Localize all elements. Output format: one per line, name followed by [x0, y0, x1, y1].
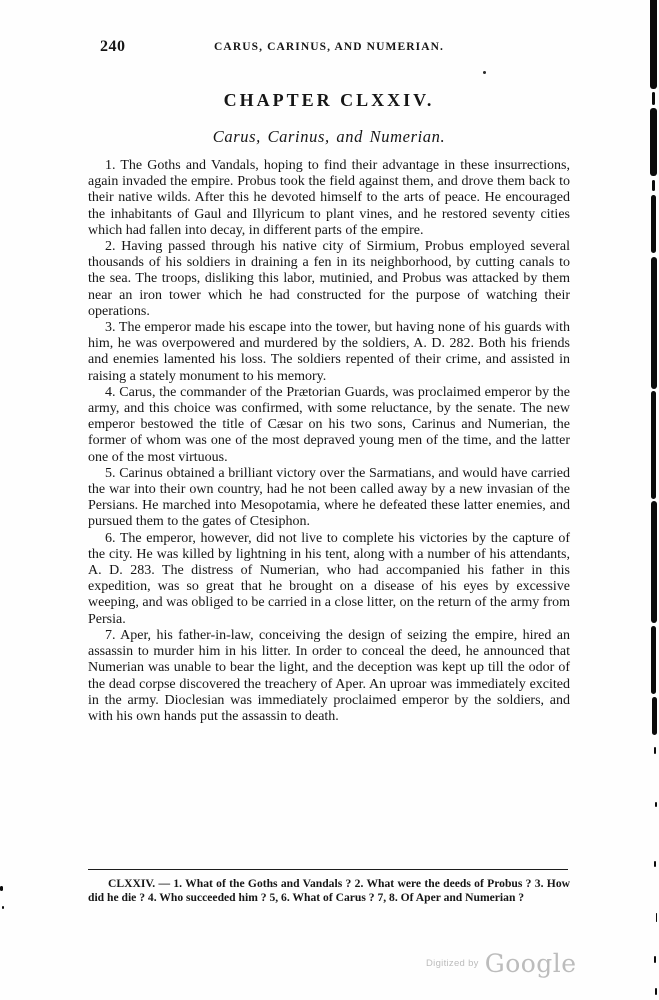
running-head: 240 CARUS, CARINUS, AND NUMERIAN.	[88, 38, 570, 58]
footnote-text: CLXXIV. — 1. What of the Goths and Vanda…	[88, 877, 570, 905]
footnote-divider	[88, 869, 568, 870]
footnote-questions: CLXXIV. — 1. What of the Goths and Vanda…	[88, 877, 570, 905]
chapter-subtitle: Carus, Carinus, and Numerian.	[88, 127, 570, 147]
paragraph-6: 6. The emperor, however, did not live to…	[88, 531, 570, 628]
paragraph-5: 5. Carinus obtained a brilliant victory …	[88, 466, 570, 531]
paragraph-7: 7. Aper, his father-in-law, conceiving t…	[88, 628, 570, 725]
digitized-by-label: Digitized by	[426, 958, 479, 969]
google-logo: Google	[485, 949, 577, 978]
chapter-heading: CHAPTER CLXXIV.	[88, 90, 570, 111]
body-text: 1. The Goths and Vandals, hoping to find…	[88, 158, 570, 725]
watermark: Digitized byGoogle	[426, 949, 577, 978]
scanned-book-page: 240 CARUS, CARINUS, AND NUMERIAN. CHAPTE…	[0, 0, 659, 1000]
paragraph-4: 4. Carus, the commander of the Prætorian…	[88, 385, 570, 466]
ink-speck	[483, 71, 486, 74]
paragraph-2: 2. Having passed through his native city…	[88, 239, 570, 320]
paragraph-3: 3. The emperor made his escape into the …	[88, 320, 570, 385]
paragraph-1: 1. The Goths and Vandals, hoping to find…	[88, 158, 570, 239]
running-header-title: CARUS, CARINUS, AND NUMERIAN.	[88, 41, 570, 53]
